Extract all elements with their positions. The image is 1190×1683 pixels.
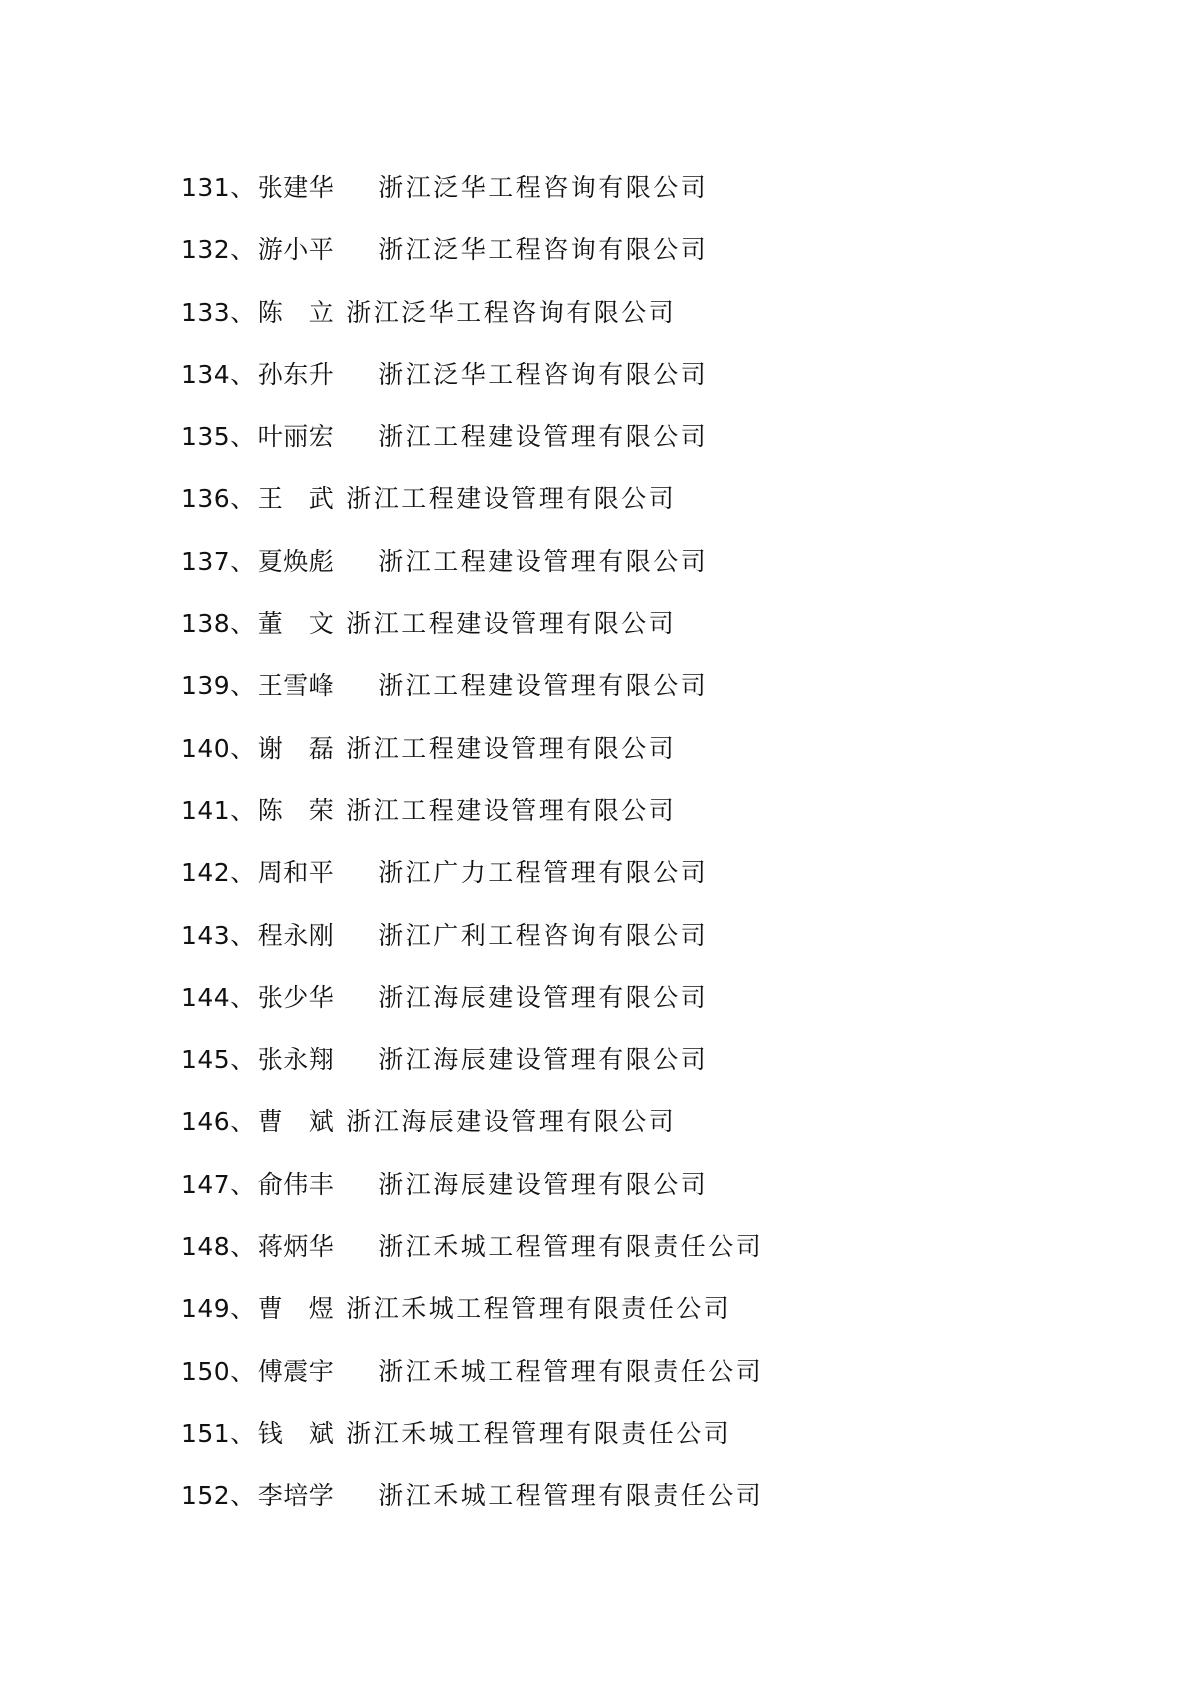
list-item: 141、陈 荣浙江工程建设管理有限公司: [181, 793, 763, 855]
person-name: 钱 斌: [258, 1416, 335, 1452]
person-name: 李培学: [258, 1478, 335, 1514]
company-name: 浙江工程建设管理有限公司: [346, 793, 676, 829]
entry-number: 144: [181, 980, 230, 1016]
entry-separator: 、: [230, 232, 256, 268]
person-name: 陈 荣: [258, 793, 335, 829]
list-item: 140、谢 磊浙江工程建设管理有限公司: [181, 731, 763, 793]
entry-number: 145: [181, 1042, 230, 1078]
company-name: 浙江广利工程咨询有限公司: [378, 918, 708, 954]
list-item: 145、张永翔浙江海辰建设管理有限公司: [181, 1042, 763, 1104]
person-name: 孙东升: [258, 357, 335, 393]
list-item: 133、陈 立浙江泛华工程咨询有限公司: [181, 295, 763, 357]
person-name: 夏焕彪: [258, 544, 335, 580]
entry-separator: 、: [230, 980, 256, 1016]
list-item: 152、李培学浙江禾城工程管理有限责任公司: [181, 1478, 763, 1540]
company-name: 浙江海辰建设管理有限公司: [378, 1042, 708, 1078]
company-name: 浙江禾城工程管理有限责任公司: [378, 1478, 763, 1514]
entry-separator: 、: [230, 731, 256, 767]
company-name: 浙江禾城工程管理有限责任公司: [378, 1229, 763, 1265]
person-name: 周和平: [258, 855, 335, 891]
list-item: 143、程永刚浙江广利工程咨询有限公司: [181, 918, 763, 980]
entry-separator: 、: [230, 1104, 256, 1140]
entry-number: 152: [181, 1478, 230, 1514]
entry-separator: 、: [230, 170, 256, 206]
entry-number: 147: [181, 1167, 230, 1203]
person-name: 王 武: [258, 481, 335, 517]
entry-number: 150: [181, 1354, 230, 1390]
person-name: 董 文: [258, 606, 335, 642]
entry-number: 142: [181, 855, 230, 891]
person-name: 张建华: [258, 170, 335, 206]
person-name: 程永刚: [258, 918, 335, 954]
company-name: 浙江海辰建设管理有限公司: [346, 1104, 676, 1140]
entry-separator: 、: [230, 295, 256, 331]
company-name: 浙江海辰建设管理有限公司: [378, 980, 708, 1016]
entry-number: 143: [181, 918, 230, 954]
company-name: 浙江泛华工程咨询有限公司: [378, 357, 708, 393]
company-name: 浙江泛华工程咨询有限公司: [378, 170, 708, 206]
entry-number: 133: [181, 295, 230, 331]
entry-number: 140: [181, 731, 230, 767]
document-page: 131、张建华浙江泛华工程咨询有限公司 132、游小平浙江泛华工程咨询有限公司 …: [0, 0, 1190, 1683]
company-name: 浙江广力工程管理有限公司: [378, 855, 708, 891]
entry-separator: 、: [230, 1229, 256, 1265]
company-name: 浙江工程建设管理有限公司: [378, 419, 708, 455]
person-name: 曹 煜: [258, 1291, 335, 1327]
person-name: 曹 斌: [258, 1104, 335, 1140]
entry-number: 136: [181, 481, 230, 517]
person-name: 王雪峰: [258, 668, 335, 704]
company-name: 浙江禾城工程管理有限责任公司: [346, 1291, 731, 1327]
entry-number: 151: [181, 1416, 230, 1452]
list-item: 150、傅震宇浙江禾城工程管理有限责任公司: [181, 1354, 763, 1416]
entry-separator: 、: [230, 544, 256, 580]
list-item: 147、俞伟丰浙江海辰建设管理有限公司: [181, 1167, 763, 1229]
person-name: 游小平: [258, 232, 335, 268]
entry-number: 135: [181, 419, 230, 455]
person-name: 俞伟丰: [258, 1167, 335, 1203]
list-item: 135、叶丽宏浙江工程建设管理有限公司: [181, 419, 763, 481]
entry-number: 134: [181, 357, 230, 393]
company-name: 浙江工程建设管理有限公司: [378, 668, 708, 704]
entry-separator: 、: [230, 1478, 256, 1514]
list-item: 148、蒋炳华浙江禾城工程管理有限责任公司: [181, 1229, 763, 1291]
entry-separator: 、: [230, 1416, 256, 1452]
list-item: 131、张建华浙江泛华工程咨询有限公司: [181, 170, 763, 232]
entry-separator: 、: [230, 606, 256, 642]
entry-number: 148: [181, 1229, 230, 1265]
list-item: 142、周和平浙江广力工程管理有限公司: [181, 855, 763, 917]
entry-separator: 、: [230, 1354, 256, 1390]
entry-separator: 、: [230, 1042, 256, 1078]
list-item: 139、王雪峰浙江工程建设管理有限公司: [181, 668, 763, 730]
entry-number: 139: [181, 668, 230, 704]
entry-number: 137: [181, 544, 230, 580]
company-name: 浙江禾城工程管理有限责任公司: [378, 1354, 763, 1390]
list-item: 132、游小平浙江泛华工程咨询有限公司: [181, 232, 763, 294]
person-name: 谢 磊: [258, 731, 335, 767]
entry-separator: 、: [230, 1291, 256, 1327]
entry-separator: 、: [230, 1167, 256, 1203]
list-item: 138、董 文浙江工程建设管理有限公司: [181, 606, 763, 668]
entry-separator: 、: [230, 357, 256, 393]
person-name: 张少华: [258, 980, 335, 1016]
entry-number: 149: [181, 1291, 230, 1327]
person-name: 叶丽宏: [258, 419, 335, 455]
company-name: 浙江禾城工程管理有限责任公司: [346, 1416, 731, 1452]
entry-separator: 、: [230, 793, 256, 829]
person-name: 陈 立: [258, 295, 335, 331]
list-item: 146、曹 斌浙江海辰建设管理有限公司: [181, 1104, 763, 1166]
person-name: 张永翔: [258, 1042, 335, 1078]
entry-number: 138: [181, 606, 230, 642]
person-name: 傅震宇: [258, 1354, 335, 1390]
entry-number: 131: [181, 170, 230, 206]
list-item: 149、曹 煜浙江禾城工程管理有限责任公司: [181, 1291, 763, 1353]
entry-number: 146: [181, 1104, 230, 1140]
entry-separator: 、: [230, 668, 256, 704]
entry-separator: 、: [230, 481, 256, 517]
company-name: 浙江泛华工程咨询有限公司: [346, 295, 676, 331]
company-name: 浙江海辰建设管理有限公司: [378, 1167, 708, 1203]
entry-number: 141: [181, 793, 230, 829]
company-name: 浙江工程建设管理有限公司: [346, 481, 676, 517]
company-name: 浙江泛华工程咨询有限公司: [378, 232, 708, 268]
list-item: 137、夏焕彪浙江工程建设管理有限公司: [181, 544, 763, 606]
company-name: 浙江工程建设管理有限公司: [346, 606, 676, 642]
list-item: 136、王 武浙江工程建设管理有限公司: [181, 481, 763, 543]
name-list: 131、张建华浙江泛华工程咨询有限公司 132、游小平浙江泛华工程咨询有限公司 …: [181, 170, 763, 1541]
entry-separator: 、: [230, 918, 256, 954]
list-item: 144、张少华浙江海辰建设管理有限公司: [181, 980, 763, 1042]
list-item: 151、钱 斌浙江禾城工程管理有限责任公司: [181, 1416, 763, 1478]
company-name: 浙江工程建设管理有限公司: [346, 731, 676, 767]
person-name: 蒋炳华: [258, 1229, 335, 1265]
entry-separator: 、: [230, 419, 256, 455]
list-item: 134、孙东升浙江泛华工程咨询有限公司: [181, 357, 763, 419]
entry-number: 132: [181, 232, 230, 268]
entry-separator: 、: [230, 855, 256, 891]
company-name: 浙江工程建设管理有限公司: [378, 544, 708, 580]
